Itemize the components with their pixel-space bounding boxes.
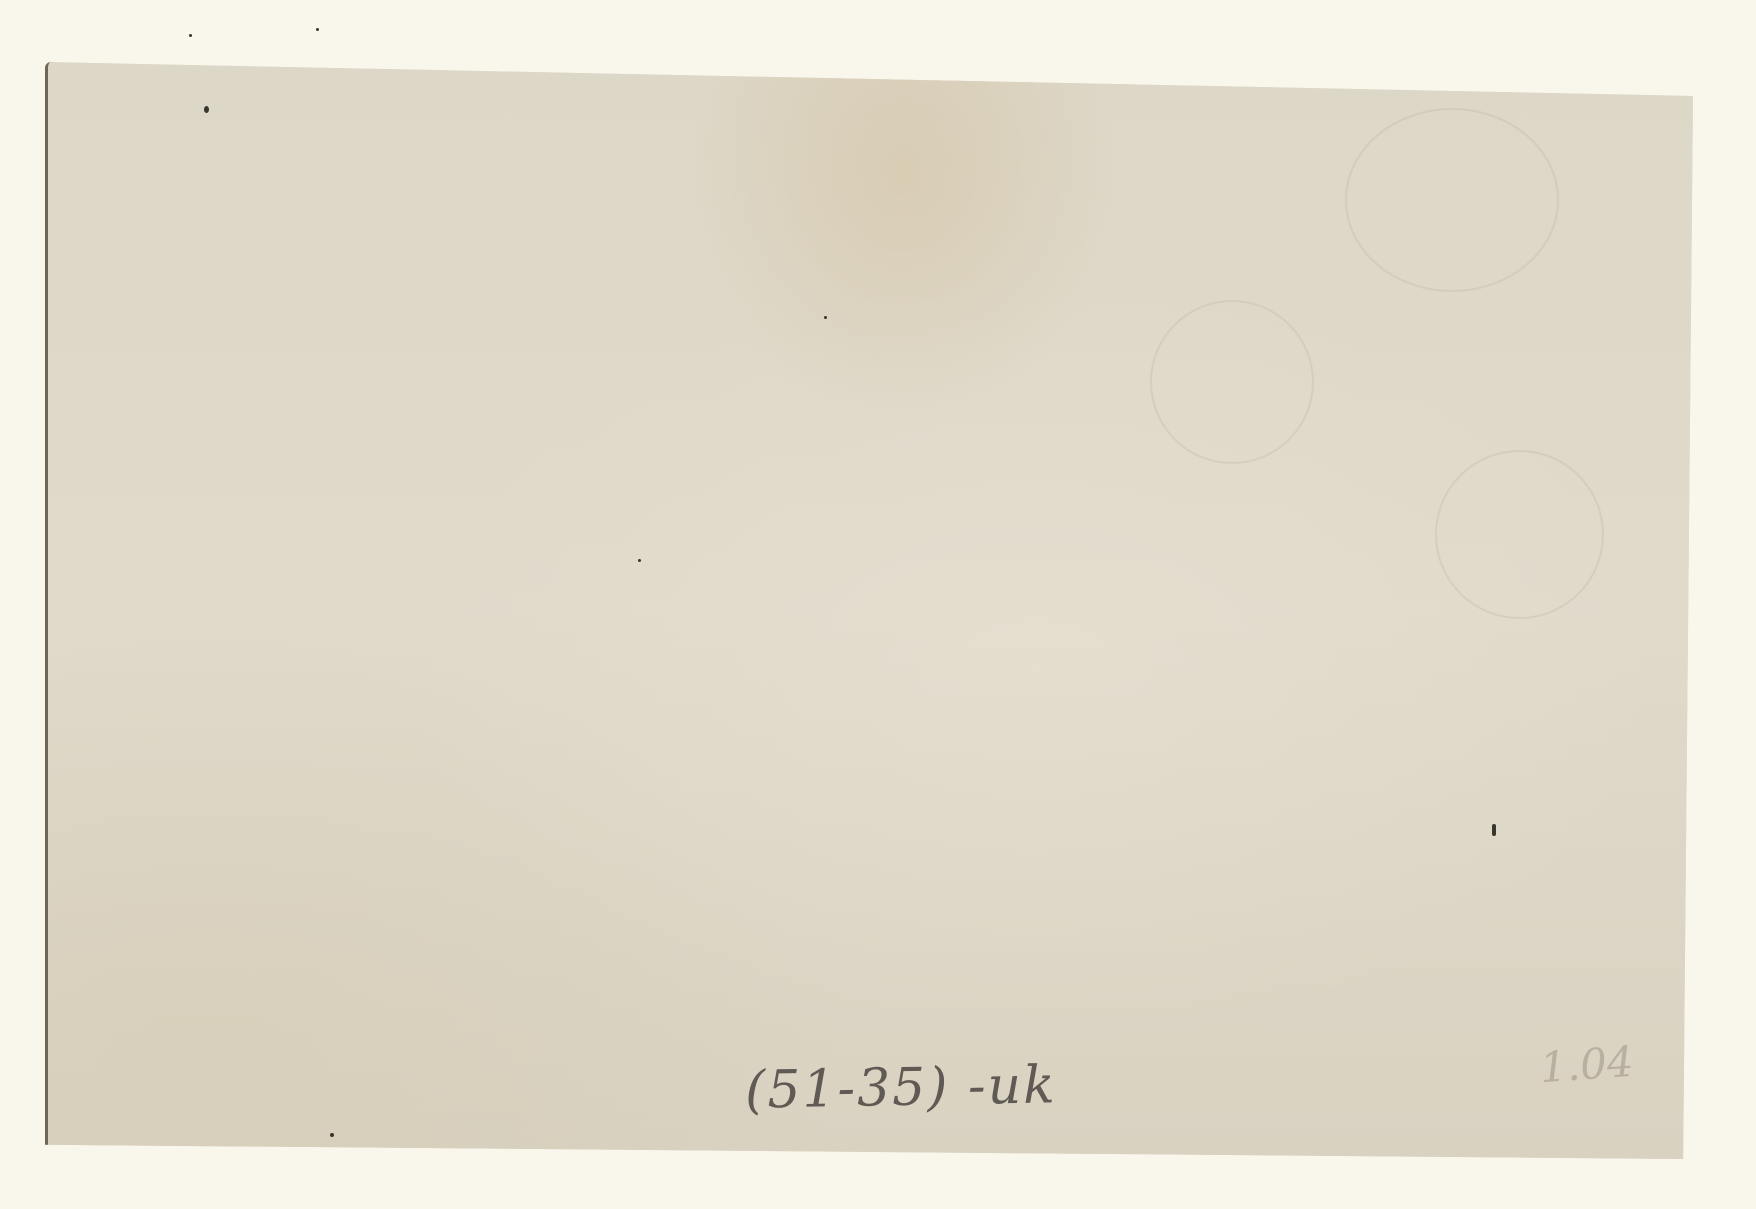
dust-speck bbox=[316, 28, 319, 31]
faint-stamp-circle bbox=[1345, 108, 1559, 292]
faint-handwritten-mark: 1.04 bbox=[1538, 1037, 1635, 1092]
faint-stamp-circle bbox=[1435, 450, 1604, 619]
dust-speck bbox=[638, 559, 641, 562]
faint-stamp-circle bbox=[1150, 300, 1314, 464]
dust-speck bbox=[1492, 824, 1496, 836]
dust-speck bbox=[824, 316, 827, 319]
handwritten-note: (51-35) -uk bbox=[745, 1055, 1058, 1120]
dust-speck bbox=[330, 1133, 334, 1137]
dust-speck bbox=[189, 34, 192, 37]
dust-speck bbox=[204, 106, 209, 113]
